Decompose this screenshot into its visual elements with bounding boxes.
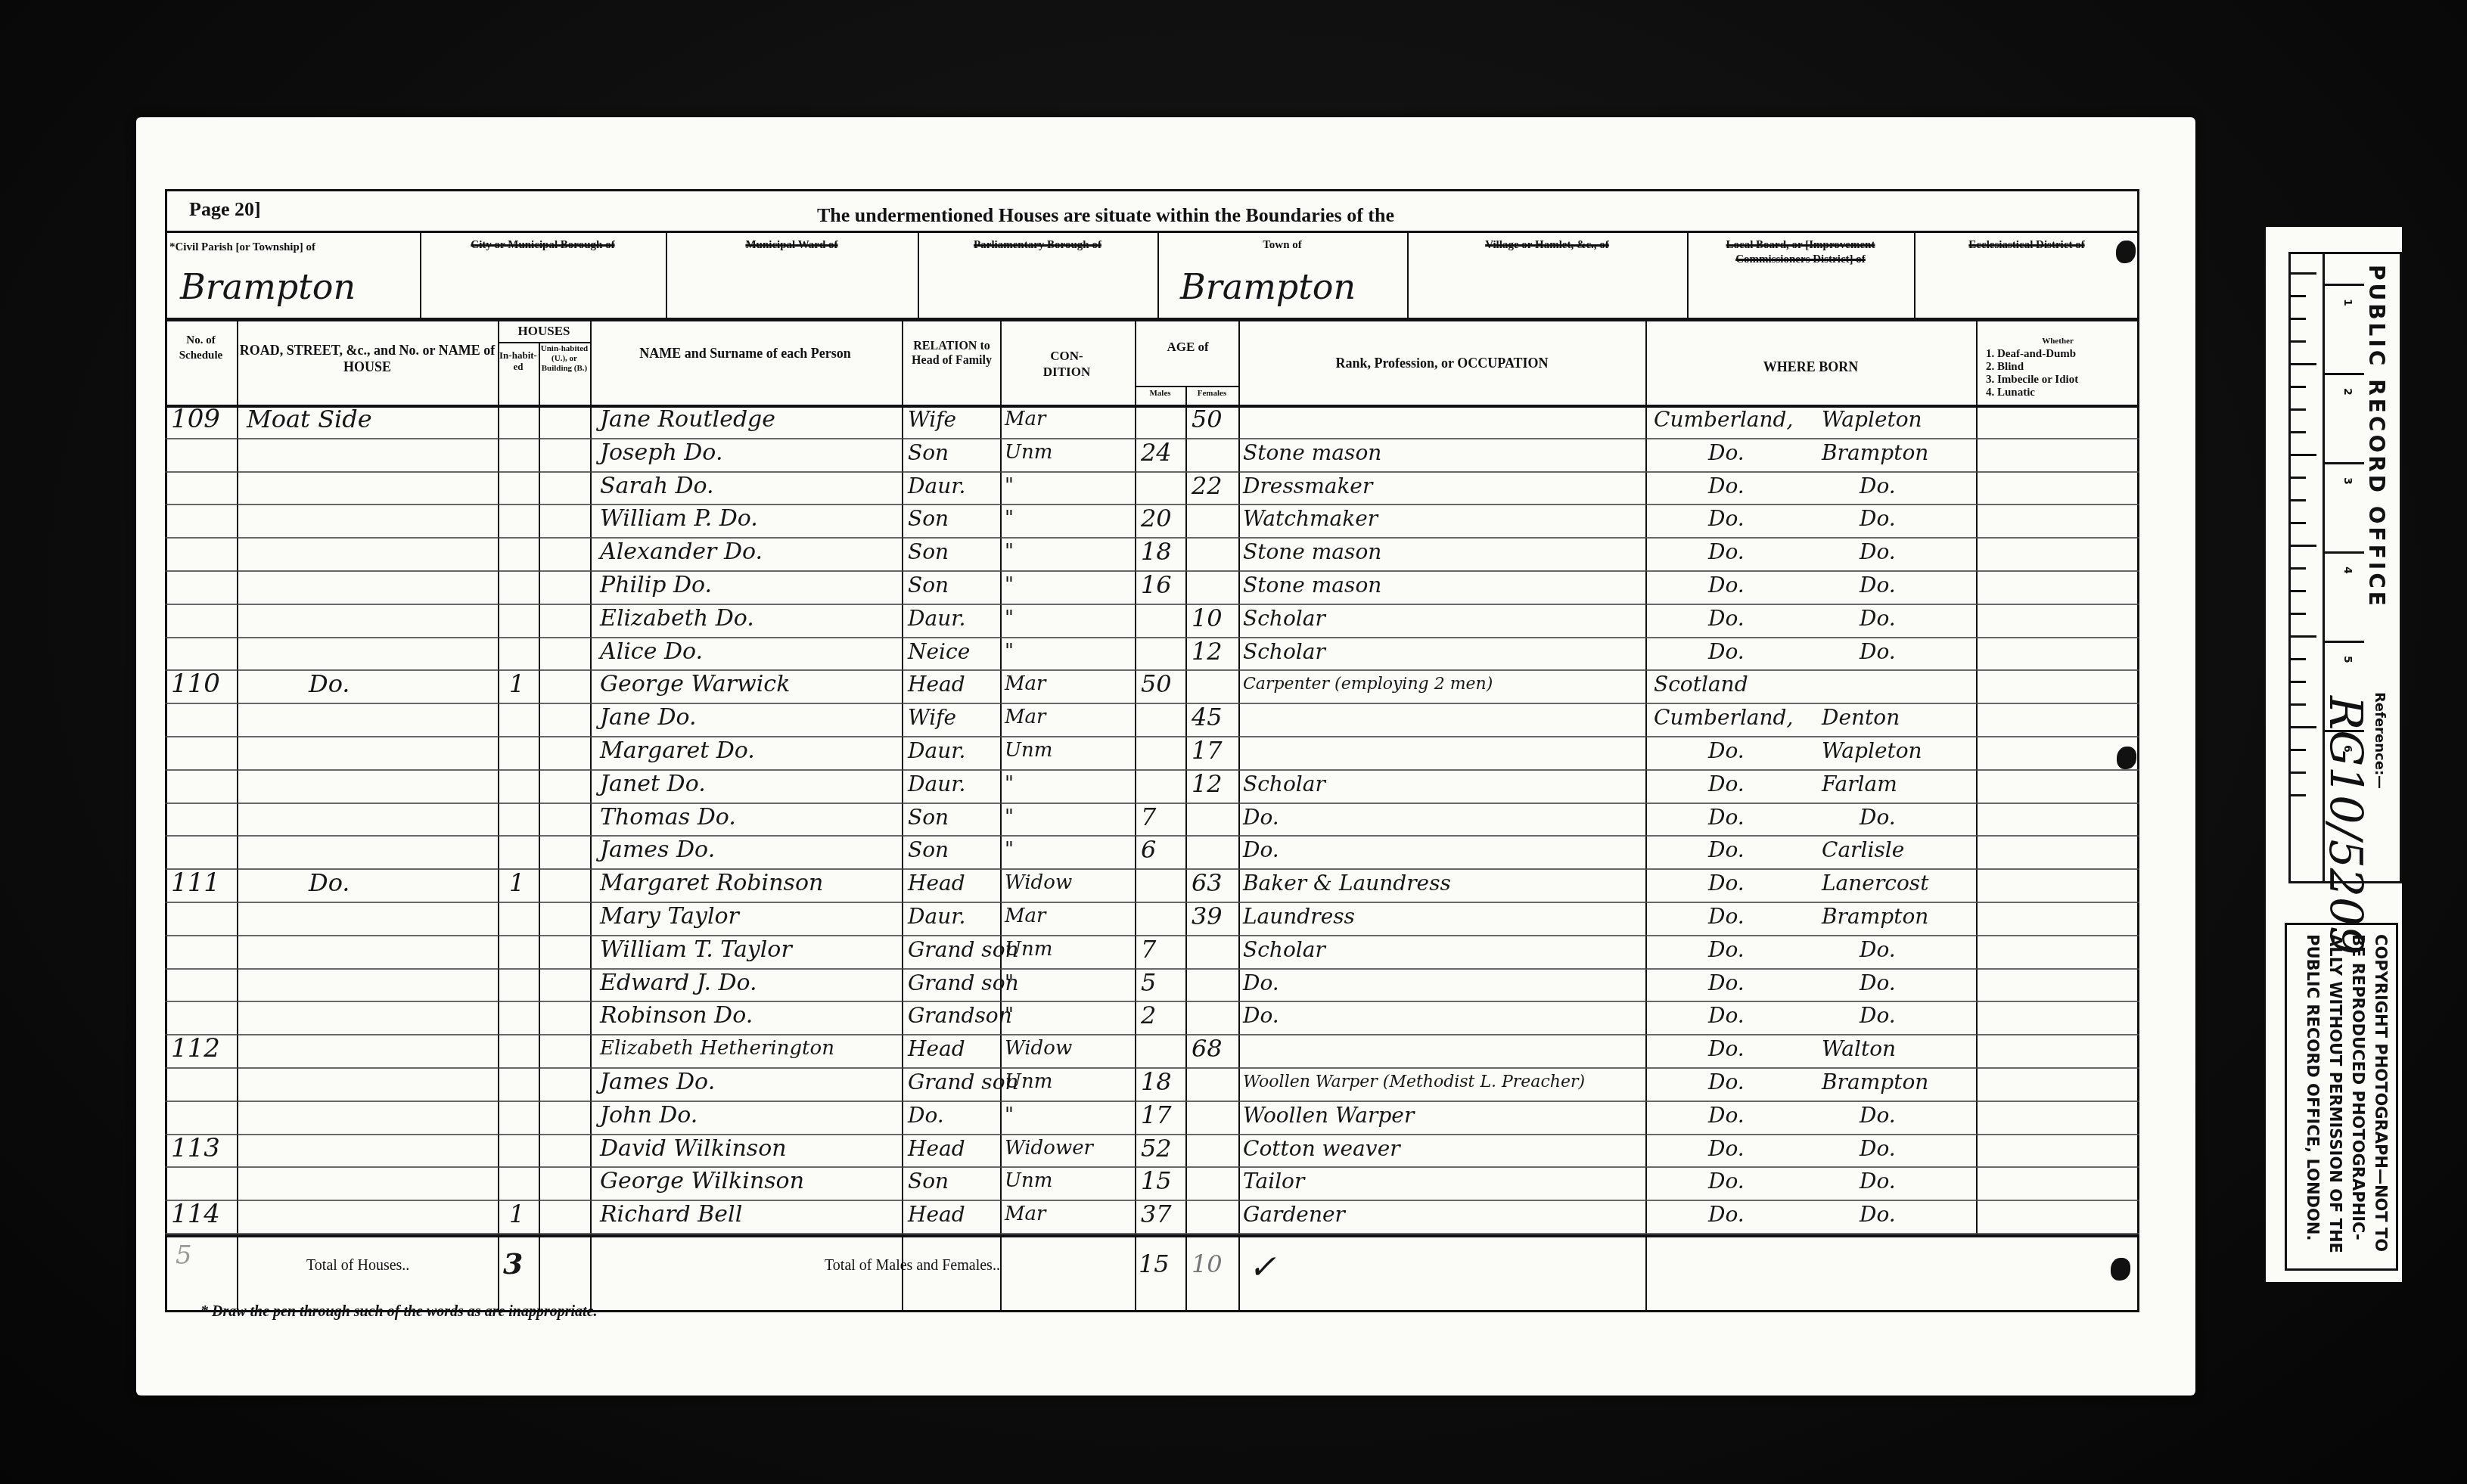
birth-county: Do. xyxy=(1708,1099,1745,1132)
male-age: 2 xyxy=(1141,999,1156,1032)
person-name: George Warwick xyxy=(600,668,790,701)
birth-county: Do. xyxy=(1708,933,1745,967)
occupation: Carpenter (employing 2 men) xyxy=(1243,668,1493,701)
marital-condition: " xyxy=(1005,999,1014,1032)
place-label: Ecclesiastical District of xyxy=(1919,238,2135,253)
birth-place: Do. xyxy=(1860,967,1896,1000)
person-name: Elizabeth Hetherington xyxy=(600,1032,834,1066)
ruler-number: 3 xyxy=(2341,477,2354,485)
birth-place: Do. xyxy=(1860,1132,1896,1166)
total-females: 10 xyxy=(1192,1250,1223,1278)
ruler-cm-tick xyxy=(2323,551,2364,554)
table-row: Elizabeth Do.Daur."10ScholarDo.Do. xyxy=(165,605,2139,638)
birth-county: Do. xyxy=(1708,602,1745,635)
birth-place: Farlam xyxy=(1822,768,1897,801)
birth-place: Do. xyxy=(1860,933,1896,967)
occupation: Scholar xyxy=(1243,768,1325,801)
marital-condition: " xyxy=(1005,801,1014,834)
ruler-tick xyxy=(2291,340,2306,343)
ruler-number: 1 xyxy=(2341,299,2354,306)
male-age: 6 xyxy=(1141,834,1156,867)
occupation: Dressmaker xyxy=(1243,470,1372,503)
place-label: Town of xyxy=(1162,238,1403,253)
ruler-tick xyxy=(2291,522,2306,524)
ruler-tick xyxy=(2291,363,2316,365)
marital-condition: Mar xyxy=(1005,1198,1046,1231)
birth-county: Do. xyxy=(1708,967,1745,1000)
person-name: Alice Do. xyxy=(600,635,703,669)
binding-hole xyxy=(2116,241,2136,263)
schedule-number: 113 xyxy=(171,1132,220,1166)
table-row: 111Do.1Margaret RobinsonHeadWidow63Baker… xyxy=(165,870,2139,903)
col-header-males: Males xyxy=(1135,389,1185,398)
table-row: John Do.Do."17Woollen WarperDo.Do. xyxy=(165,1102,2139,1135)
place-label: City or Municipal Borough of xyxy=(424,238,661,253)
birth-place: Walton xyxy=(1822,1032,1896,1066)
birth-place: Do. xyxy=(1860,536,1896,569)
ruler-tick xyxy=(2291,771,2306,774)
relation-to-head: Wife xyxy=(908,403,956,436)
houses-subrule xyxy=(498,342,590,343)
copyright-line: PUBLIC RECORD OFFICE, LONDON. xyxy=(2304,934,2322,1240)
table-row: 1141Richard BellHeadMar37GardenerDo.Do. xyxy=(165,1201,2139,1234)
occupation: Gardener xyxy=(1243,1198,1345,1231)
female-age: 45 xyxy=(1192,701,1223,734)
birth-place: Carlisle xyxy=(1822,834,1904,867)
place-divider xyxy=(1407,231,1409,318)
person-name: Robinson Do. xyxy=(600,999,753,1032)
birth-place: Do. xyxy=(1860,502,1896,536)
relation-to-head: Son xyxy=(908,1165,949,1198)
col-header-uninhabited: Unin-habited (U.), or Building (B.) xyxy=(540,344,589,374)
birth-place: Do. xyxy=(1860,569,1896,602)
ruler-cm-tick xyxy=(2323,462,2364,464)
place-divider xyxy=(1687,231,1689,318)
road-name: Do. xyxy=(309,867,350,900)
occupation: Stone mason xyxy=(1243,436,1381,470)
relation-to-head: Daur. xyxy=(908,470,965,503)
total-males: 15 xyxy=(1139,1250,1170,1278)
table-row: Joseph Do.SonUnm24Stone masonDo.Brampton xyxy=(165,439,2139,473)
table-row: William T. TaylorGrand sonUnm7ScholarDo.… xyxy=(165,936,2139,970)
occupation: Woollen Warper (Methodist L. Preacher) xyxy=(1243,1066,1585,1099)
table-row: James Do.Son"6Do.Do.Carlisle xyxy=(165,837,2139,870)
relation-to-head: Son xyxy=(908,436,949,470)
birth-county: Do. xyxy=(1708,1066,1745,1099)
table-row: 113David WilkinsonHeadWidower52Cotton we… xyxy=(165,1135,2139,1169)
occupation: Laundress xyxy=(1243,900,1355,933)
place-divider xyxy=(1157,231,1159,318)
occupation: Do. xyxy=(1243,834,1279,867)
table-row: Sarah Do.Daur."22DressmakerDo.Do. xyxy=(165,473,2139,506)
schedule-number: 109 xyxy=(171,403,220,436)
relation-to-head: Son xyxy=(908,801,949,834)
occupation: Tailor xyxy=(1243,1165,1304,1198)
male-age: 18 xyxy=(1141,536,1172,569)
col-header-age: AGE of xyxy=(1150,339,1226,355)
marital-condition: " xyxy=(1005,635,1014,669)
person-name: William P. Do. xyxy=(600,502,758,536)
binding-hole xyxy=(2111,1258,2130,1281)
person-name: Richard Bell xyxy=(600,1198,742,1231)
person-name: Jane Do. xyxy=(600,701,697,734)
place-value: Brampton xyxy=(180,266,356,307)
relation-to-head: Son xyxy=(908,502,949,536)
male-age: 20 xyxy=(1141,502,1172,536)
place-label: Local Board, or [Improvement Commissione… xyxy=(1692,238,1909,267)
table-row: George WilkinsonSonUnm15TailorDo.Do. xyxy=(165,1168,2139,1201)
birth-county: Do. xyxy=(1708,436,1745,470)
col-header-condition: CON-DITION xyxy=(1029,348,1105,380)
ruler-tick xyxy=(2291,681,2306,683)
birth-place: Do. xyxy=(1860,602,1896,635)
birth-county: Do. xyxy=(1708,502,1745,536)
table-row: Philip Do.Son"16Stone masonDo.Do. xyxy=(165,572,2139,605)
relation-to-head: Head xyxy=(908,867,965,900)
ruler-cm-tick xyxy=(2323,373,2364,375)
birth-county: Do. xyxy=(1708,867,1745,900)
male-age: 5 xyxy=(1141,967,1156,1000)
female-age: 68 xyxy=(1192,1032,1223,1066)
relation-to-head: Head xyxy=(908,1198,965,1231)
marital-condition: " xyxy=(1005,569,1014,602)
birth-place: Brampton xyxy=(1822,436,1928,470)
birth-county: Do. xyxy=(1708,900,1745,933)
ruler-tick xyxy=(2291,726,2316,728)
ruler-tick xyxy=(2291,749,2306,751)
occupation: Scholar xyxy=(1243,635,1325,669)
marital-condition: Widower xyxy=(1005,1132,1093,1166)
table-row: William P. Do.Son"20WatchmakerDo.Do. xyxy=(165,505,2139,539)
ruler-tick xyxy=(2291,318,2306,320)
male-age: 17 xyxy=(1141,1099,1172,1132)
relation-to-head: Grand son xyxy=(908,933,1019,967)
birth-place: Do. xyxy=(1860,470,1896,503)
occupation: Cotton weaver xyxy=(1243,1132,1400,1166)
marital-condition: Mar xyxy=(1005,403,1046,436)
person-name: Thomas Do. xyxy=(600,801,736,834)
person-name: William T. Taylor xyxy=(600,933,792,967)
ruler-tick xyxy=(2291,386,2306,388)
rule xyxy=(165,318,2139,321)
birth-place: Brampton xyxy=(1822,1066,1928,1099)
total-persons-label: Total of Males and Females.. xyxy=(825,1257,1000,1274)
male-age: 7 xyxy=(1141,801,1156,834)
male-age: 50 xyxy=(1141,668,1172,701)
table-row: 112Elizabeth HetheringtonHeadWidow68Do.W… xyxy=(165,1035,2139,1069)
place-label: Village or Hamlet, &c., of xyxy=(1412,238,1682,253)
ruler-tick xyxy=(2291,658,2306,660)
ruler-tick xyxy=(2291,567,2306,570)
marital-condition: Unm xyxy=(1005,933,1052,967)
female-age: 10 xyxy=(1192,602,1223,635)
person-name: James Do. xyxy=(600,834,715,867)
marital-condition: Mar xyxy=(1005,701,1046,734)
table-row: Janet Do.Daur."12ScholarDo.Farlam xyxy=(165,771,2139,804)
total-houses-label: Total of Houses.. xyxy=(306,1257,409,1274)
table-row: Alice Do.Neice"12ScholarDo.Do. xyxy=(165,638,2139,672)
footnote: * Draw the pen through such of the words… xyxy=(200,1303,598,1321)
relation-to-head: Neice xyxy=(908,635,970,669)
occupation: Do. xyxy=(1243,967,1279,1000)
copyright-line: COPYRIGHT PHOTOGRAPH—NOT TO xyxy=(2372,934,2390,1252)
birth-place: Lanercost xyxy=(1822,867,1928,900)
col-header-occupation: Rank, Profession, or OCCUPATION xyxy=(1238,355,1645,371)
male-age: 16 xyxy=(1141,569,1172,602)
marital-condition: " xyxy=(1005,602,1014,635)
ruler-tick xyxy=(2291,794,2306,796)
female-age: 12 xyxy=(1192,635,1223,669)
col-header-name: NAME and Surname of each Person xyxy=(605,344,885,362)
col-header-road: ROAD, STREET, &c., and No. or NAME of HO… xyxy=(237,342,498,375)
pro-title: PUBLIC RECORD OFFICE xyxy=(2364,265,2389,609)
table-row: Mary TaylorDaur.Mar39LaundressDo.Brampto… xyxy=(165,903,2139,936)
marital-condition: " xyxy=(1005,834,1014,867)
table-row: Robinson Do.Grandson"2Do.Do.Do. xyxy=(165,1002,2139,1035)
birth-county: Cumberland, xyxy=(1654,403,1793,436)
col-header-houses: HOUSES xyxy=(498,324,590,339)
occupation: Stone mason xyxy=(1243,536,1381,569)
birth-county: Cumberland, xyxy=(1654,701,1793,734)
col-header-females: Females xyxy=(1185,389,1238,398)
person-name: Alexander Do. xyxy=(600,536,763,569)
ruler-tick xyxy=(2291,295,2306,297)
table-row: Edward J. Do.Grand son"5Do.Do.Do. xyxy=(165,970,2139,1003)
relation-to-head: Daur. xyxy=(908,768,965,801)
person-name: James Do. xyxy=(600,1066,715,1099)
table-row: Margaret Do.Daur.Unm17Do.Wapleton xyxy=(165,737,2139,771)
ruler-tick xyxy=(2291,499,2306,501)
birth-county: Scotland xyxy=(1654,668,1748,701)
birth-county: Do. xyxy=(1708,536,1745,569)
place-divider xyxy=(918,231,919,318)
birth-county: Do. xyxy=(1708,768,1745,801)
marital-condition: Mar xyxy=(1005,668,1046,701)
occupation: Do. xyxy=(1243,999,1279,1032)
ruler-number: 5 xyxy=(2341,656,2354,663)
birth-place: Wapleton xyxy=(1822,403,1922,436)
birth-county: Do. xyxy=(1708,635,1745,669)
person-name: George Wilkinson xyxy=(600,1165,804,1198)
marital-condition: " xyxy=(1005,470,1014,503)
person-name: Mary Taylor xyxy=(600,900,739,933)
schedule-number: 112 xyxy=(171,1032,220,1066)
marital-condition: " xyxy=(1005,502,1014,536)
marital-condition: Unm xyxy=(1005,1066,1052,1099)
occupation: Woollen Warper xyxy=(1243,1099,1414,1132)
person-name: Joseph Do. xyxy=(600,436,722,470)
ruler-tick xyxy=(2291,431,2306,433)
relation-to-head: Head xyxy=(908,1132,965,1166)
birth-county: Do. xyxy=(1708,1198,1745,1231)
ruler-number: 2 xyxy=(2341,388,2354,396)
birth-county: Do. xyxy=(1708,569,1745,602)
ruler-cm-tick xyxy=(2323,641,2364,643)
marital-condition: " xyxy=(1005,768,1014,801)
birth-county: Do. xyxy=(1708,470,1745,503)
col-header-relation: RELATION to Head of Family xyxy=(905,339,999,368)
person-name: Sarah Do. xyxy=(600,470,714,503)
page-banner: The undermentioned Houses are situate wi… xyxy=(817,204,1394,227)
person-name: John Do. xyxy=(600,1099,698,1132)
birth-place: Wapleton xyxy=(1822,734,1922,768)
infirmity-option: 2. Blind xyxy=(1986,361,2137,374)
table-row: 110Do.1George WarwickHeadMar50Carpenter … xyxy=(165,671,2139,704)
copyright-line: BE REPRODUCED PHOTOGRAPHIC- xyxy=(2349,934,2367,1240)
birth-county: Do. xyxy=(1708,834,1745,867)
place-divider xyxy=(666,231,667,318)
female-age: 39 xyxy=(1192,900,1223,933)
relation-to-head: Wife xyxy=(908,701,956,734)
binding-hole xyxy=(2117,747,2136,769)
ruler-tick xyxy=(2291,590,2306,592)
schedule-tally: 5 xyxy=(176,1240,192,1271)
col-header-infirmity-title: Whether xyxy=(1982,337,2133,346)
place-label: Municipal Ward of xyxy=(670,238,913,253)
relation-to-head: Head xyxy=(908,1032,965,1066)
table-row: 109Moat SideJane RoutledgeWifeMar50Cumbe… xyxy=(165,406,2139,439)
schedule-number: 111 xyxy=(171,867,220,900)
schedule-number: 114 xyxy=(171,1198,220,1231)
col-header-where-born: WHERE BORN xyxy=(1645,359,1976,375)
place-divider xyxy=(1914,231,1915,318)
male-age: 24 xyxy=(1141,436,1172,470)
marital-condition: Widow xyxy=(1005,1032,1072,1066)
female-age: 17 xyxy=(1192,734,1223,768)
schedule-number: 110 xyxy=(171,668,220,701)
inhabited-count: 1 xyxy=(509,1198,524,1231)
occupation: Scholar xyxy=(1243,602,1325,635)
male-age: 52 xyxy=(1141,1132,1172,1166)
birth-place: Do. xyxy=(1860,1165,1896,1198)
birth-place: Do. xyxy=(1860,635,1896,669)
person-name: Jane Routledge xyxy=(600,403,775,436)
infirmity-option: 1. Deaf-and-Dumb xyxy=(1986,348,2137,361)
ruler-tick xyxy=(2291,408,2306,411)
page-number: Page 20] xyxy=(189,198,261,221)
marital-condition: Unm xyxy=(1005,436,1052,470)
female-age: 50 xyxy=(1192,403,1223,436)
occupation: Watchmaker xyxy=(1243,502,1378,536)
place-label: Parliamentary Borough of xyxy=(922,238,1153,253)
male-age: 18 xyxy=(1141,1066,1172,1099)
inhabited-count: 1 xyxy=(509,867,524,900)
relation-to-head: Daur. xyxy=(908,734,965,768)
row-rule xyxy=(165,1233,2139,1234)
ruler-tick xyxy=(2291,454,2316,456)
male-age: 15 xyxy=(1141,1165,1172,1198)
pro-reference-strip: PUBLIC RECORD OFFICE 123456 Reference:— … xyxy=(2266,227,2402,1282)
relation-to-head: Grandson xyxy=(908,999,1012,1032)
ruler-tick xyxy=(2291,545,2316,547)
road-name: Do. xyxy=(309,668,350,701)
person-name: Edward J. Do. xyxy=(600,967,757,1000)
relation-to-head: Grand son xyxy=(908,967,1019,1000)
pro-reference-label: Reference:— xyxy=(2372,692,2388,789)
male-age: 37 xyxy=(1141,1198,1172,1231)
ruler-tick xyxy=(2291,477,2306,479)
marital-condition: " xyxy=(1005,536,1014,569)
person-name: Elizabeth Do. xyxy=(600,602,754,635)
place-divider xyxy=(420,231,421,318)
birth-place: Denton xyxy=(1822,701,1900,734)
male-age: 7 xyxy=(1141,933,1156,967)
table-row: Alexander Do.Son"18Stone masonDo.Do. xyxy=(165,539,2139,572)
birth-county: Do. xyxy=(1708,734,1745,768)
female-age: 22 xyxy=(1192,470,1223,503)
birth-county: Do. xyxy=(1708,1032,1745,1066)
birth-place: Brampton xyxy=(1822,900,1928,933)
ruler-tick xyxy=(2291,272,2316,275)
relation-to-head: Son xyxy=(908,536,949,569)
relation-to-head: Son xyxy=(908,834,949,867)
person-name: David Wilkinson xyxy=(600,1132,787,1166)
relation-to-head: Do. xyxy=(908,1099,944,1132)
birth-county: Do. xyxy=(1708,1165,1745,1198)
relation-to-head: Daur. xyxy=(908,900,965,933)
marital-condition: " xyxy=(1005,1099,1014,1132)
birth-place: Do. xyxy=(1860,999,1896,1032)
person-name: Janet Do. xyxy=(600,768,706,801)
occupation: Do. xyxy=(1243,801,1279,834)
table-row: James Do.Grand sonUnm18Woollen Warper (M… xyxy=(165,1069,2139,1102)
enumerator-checkmark: ✓ xyxy=(1248,1248,1276,1287)
female-age: 63 xyxy=(1192,867,1223,900)
ruler-tick xyxy=(2291,703,2306,706)
birth-county: Do. xyxy=(1708,801,1745,834)
ruler-number: 4 xyxy=(2341,567,2354,574)
relation-to-head: Daur. xyxy=(908,602,965,635)
ruler-tick xyxy=(2291,635,2316,638)
person-name: Margaret Do. xyxy=(600,734,755,768)
inhabited-count: 1 xyxy=(509,668,524,701)
pro-reference-value: RG10/5209 xyxy=(2319,696,2372,955)
col-header-schedule: No. of Schedule xyxy=(165,333,237,363)
col-header-inhabited: In-habit-ed xyxy=(499,349,537,372)
infirmity-option: 3. Imbecile or Idiot xyxy=(1986,374,2137,387)
total-houses-value: 3 xyxy=(503,1246,523,1281)
ruler-cm-tick xyxy=(2323,284,2364,286)
place-label: *Civil Parish [or Township] of xyxy=(169,241,415,255)
birth-place: Do. xyxy=(1860,801,1896,834)
person-name: Philip Do. xyxy=(600,569,712,602)
occupation: Scholar xyxy=(1243,933,1325,967)
table-row: Thomas Do.Son"7Do.Do.Do. xyxy=(165,804,2139,837)
relation-to-head: Head xyxy=(908,668,965,701)
relation-to-head: Son xyxy=(908,569,949,602)
occupation: Stone mason xyxy=(1243,569,1381,602)
table-row: Jane Do.WifeMar45Cumberland,Denton xyxy=(165,704,2139,737)
road-name: Moat Side xyxy=(247,403,372,436)
marital-condition: " xyxy=(1005,967,1014,1000)
female-age: 12 xyxy=(1192,768,1223,801)
birth-place: Do. xyxy=(1860,1198,1896,1231)
infirmity-option: 4. Lunatic xyxy=(1986,387,2137,399)
rule xyxy=(165,231,2139,233)
marital-condition: Mar xyxy=(1005,900,1046,933)
occupation: Baker & Laundress xyxy=(1243,867,1451,900)
marital-condition: Unm xyxy=(1005,734,1052,768)
birth-county: Do. xyxy=(1708,1132,1745,1166)
col-header-infirmity-options: 1. Deaf-and-Dumb2. Blind3. Imbecile or I… xyxy=(1986,348,2137,399)
place-value: Brampton xyxy=(1180,266,1356,307)
person-name: Margaret Robinson xyxy=(600,867,823,900)
copyright-line: ALLY WITHOUT PERMISSION OF THE xyxy=(2326,934,2344,1253)
birth-county: Do. xyxy=(1708,999,1745,1032)
ruler-tick xyxy=(2291,613,2306,615)
rule xyxy=(165,1234,2139,1237)
relation-to-head: Grand son xyxy=(908,1066,1019,1099)
